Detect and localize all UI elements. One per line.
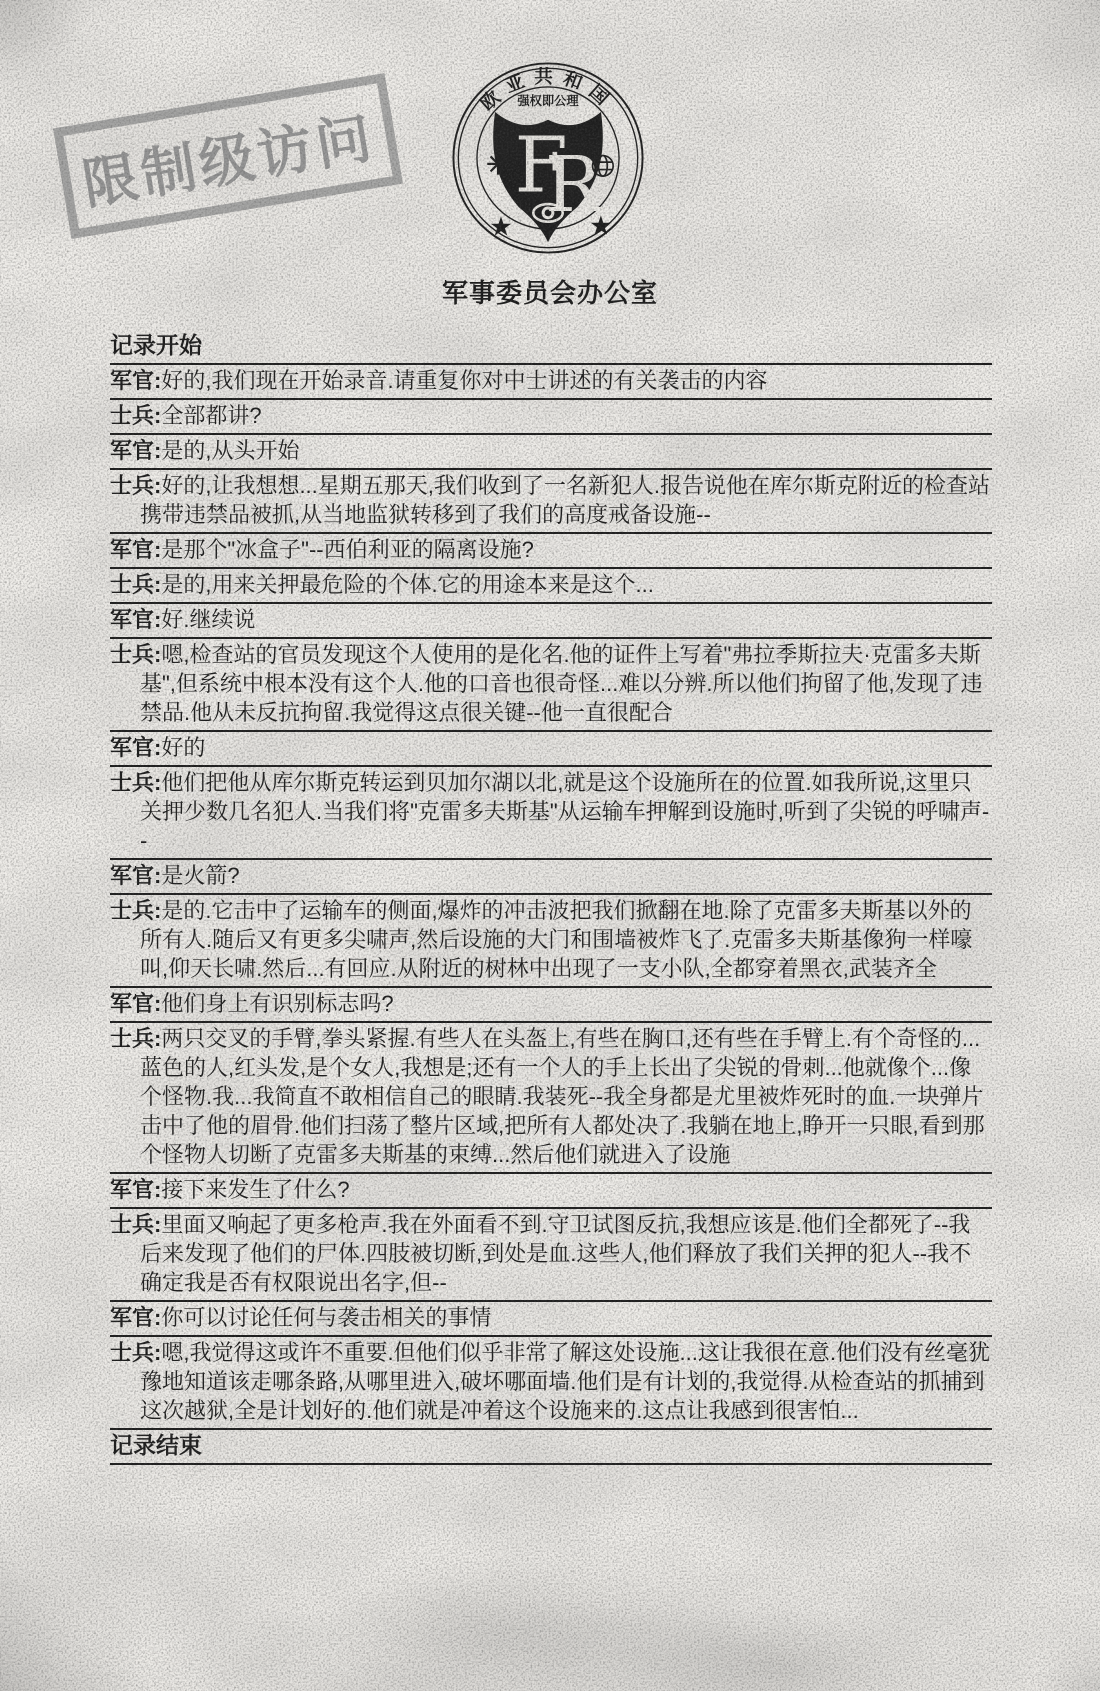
- dialogue-text: 接下来发生了什么?: [161, 1177, 349, 1202]
- transcript-row: 军官:好的: [110, 732, 992, 767]
- dialogue-text: 里面又响起了更多枪声.我在外面看不到.守卫试图反抗,我想应该是.他们全都死了--…: [140, 1212, 971, 1295]
- speaker-label: 士兵:: [110, 898, 161, 923]
- speaker-label: 士兵:: [110, 642, 161, 667]
- dialogue-text: 他们身上有识别标志吗?: [161, 991, 393, 1016]
- star-icon: ★: [589, 210, 613, 241]
- page-title: 军事委员会办公室: [0, 273, 1100, 310]
- transcript-row: 军官:好.继续说: [110, 604, 992, 639]
- speaker-label: 士兵:: [110, 1026, 161, 1051]
- speaker-label: 士兵:: [110, 403, 161, 428]
- speaker-label: 士兵:: [110, 572, 161, 597]
- dialogue-text: 好的,让我想想...星期五那天,我们收到了一名新犯人.报告说他在库尔斯克附近的检…: [140, 473, 990, 527]
- speaker-label: 军官:: [110, 1177, 161, 1202]
- transcript-row: 军官:是的,从头开始: [110, 435, 992, 470]
- dialogue-text: 是那个"冰盒子"--西伯利亚的隔离设施?: [161, 537, 534, 562]
- record-end-row: 记录结束: [110, 1430, 992, 1465]
- transcript-row: 士兵:全部都讲?: [110, 400, 992, 435]
- speaker-label: 军官:: [110, 438, 161, 463]
- dialogue-text: 是的.它击中了运输车的侧面,爆炸的冲击波把我们掀翻在地.除了克雷多夫斯基以外的所…: [140, 898, 972, 981]
- transcript-row: 士兵:两只交叉的手臂,拳头紧握.有些人在头盔上,有些在胸口,还有些在手臂上.有个…: [110, 1023, 992, 1174]
- dialogue-text: 好.继续说: [161, 607, 255, 632]
- speaker-label: 士兵:: [110, 770, 161, 795]
- speaker-label: 士兵:: [110, 1340, 161, 1365]
- transcript-row: 军官:接下来发生了什么?: [110, 1174, 992, 1209]
- restricted-access-stamp: 限制级访问: [53, 73, 403, 239]
- transcript-row: 军官:你可以讨论任何与袭击相关的事情: [110, 1302, 992, 1337]
- emblem-motto: 强权即公理: [516, 93, 579, 108]
- dialogue-text: 好的,我们现在开始录音.请重复你对中士讲述的有关袭击的内容: [161, 368, 767, 393]
- dialogue-text: 你可以讨论任何与袭击相关的事情: [161, 1305, 491, 1330]
- dialogue-text: 是的,用来关押最危险的个体.它的用途本来是这个...: [161, 572, 654, 597]
- speaker-label: 军官:: [110, 991, 161, 1016]
- transcript-row: 士兵:是的.它击中了运输车的侧面,爆炸的冲击波把我们掀翻在地.除了克雷多夫斯基以…: [110, 895, 992, 988]
- dialogue-text: 嗯,我觉得这或许不重要.但他们似乎非常了解这处设施...这让我很在意.他们没有丝…: [140, 1340, 990, 1423]
- speaker-label: 军官:: [110, 863, 161, 888]
- speaker-label: 士兵:: [110, 473, 161, 498]
- dialogue-text: 他们把他从库尔斯克转运到贝加尔湖以北,就是这个设施所在的位置.如我所说,这里只关…: [140, 770, 989, 853]
- speaker-label: 军官:: [110, 368, 161, 393]
- dialogue-text: 两只交叉的手臂,拳头紧握.有些人在头盔上,有些在胸口,还有些在手臂上.有个奇怪的…: [140, 1026, 985, 1167]
- dialogue-text: 嗯,检查站的官员发现这个人使用的是化名.他的证件上写着"弗拉季斯拉夫·克雷多夫斯…: [140, 642, 983, 725]
- star-icon: ★: [489, 211, 513, 242]
- transcript-row: 军官:是那个"冰盒子"--西伯利亚的隔离设施?: [110, 534, 992, 569]
- record-start-label: 记录开始: [110, 332, 202, 358]
- transcript-row: 士兵:他们把他从库尔斯克转运到贝加尔湖以北,就是这个设施所在的位置.如我所说,这…: [110, 767, 992, 860]
- transcript: 记录开始 军官:好的,我们现在开始录音.请重复你对中士讲述的有关袭击的内容 士兵…: [110, 330, 992, 1465]
- dialogue-text: 是的,从头开始: [161, 438, 299, 463]
- dialogue-text: 是火箭?: [161, 863, 239, 888]
- dialogue-text: 全部都讲?: [161, 403, 261, 428]
- transcript-row: 士兵:是的,用来关押最危险的个体.它的用途本来是这个...: [110, 569, 992, 604]
- speaker-label: 军官:: [110, 607, 161, 632]
- transcript-row: 士兵:嗯,我觉得这或许不重要.但他们似乎非常了解这处设施...这让我很在意.他们…: [110, 1337, 992, 1430]
- transcript-row: 军官:好的,我们现在开始录音.请重复你对中士讲述的有关袭击的内容: [110, 365, 992, 400]
- transcript-row: 士兵:里面又响起了更多枪声.我在外面看不到.守卫试图反抗,我想应该是.他们全都死…: [110, 1209, 992, 1302]
- dialogue-text: 好的: [161, 735, 205, 760]
- transcript-row: 军官:是火箭?: [110, 860, 992, 895]
- transcript-row: 士兵:嗯,检查站的官员发现这个人使用的是化名.他的证件上写着"弗拉季斯拉夫·克雷…: [110, 639, 992, 732]
- document-page: 限制级访问 欧亚共和国 强权即公理 F R ★ ★: [0, 0, 1100, 1691]
- transcript-body: 军官:好的,我们现在开始录音.请重复你对中士讲述的有关袭击的内容 士兵:全部都讲…: [110, 365, 992, 1430]
- record-end-label: 记录结束: [110, 1432, 202, 1458]
- speaker-label: 军官:: [110, 1305, 161, 1330]
- military-committee-emblem: 欧亚共和国 强权即公理 F R ★ ★: [450, 60, 646, 256]
- transcript-row: 军官:他们身上有识别标志吗?: [110, 988, 992, 1023]
- speaker-label: 军官:: [110, 735, 161, 760]
- record-start-row: 记录开始: [110, 330, 992, 365]
- speaker-label: 士兵:: [110, 1212, 161, 1237]
- speaker-label: 军官:: [110, 537, 161, 562]
- transcript-row: 士兵:好的,让我想想...星期五那天,我们收到了一名新犯人.报告说他在库尔斯克附…: [110, 470, 992, 534]
- stamp-text: 限制级访问: [76, 93, 380, 220]
